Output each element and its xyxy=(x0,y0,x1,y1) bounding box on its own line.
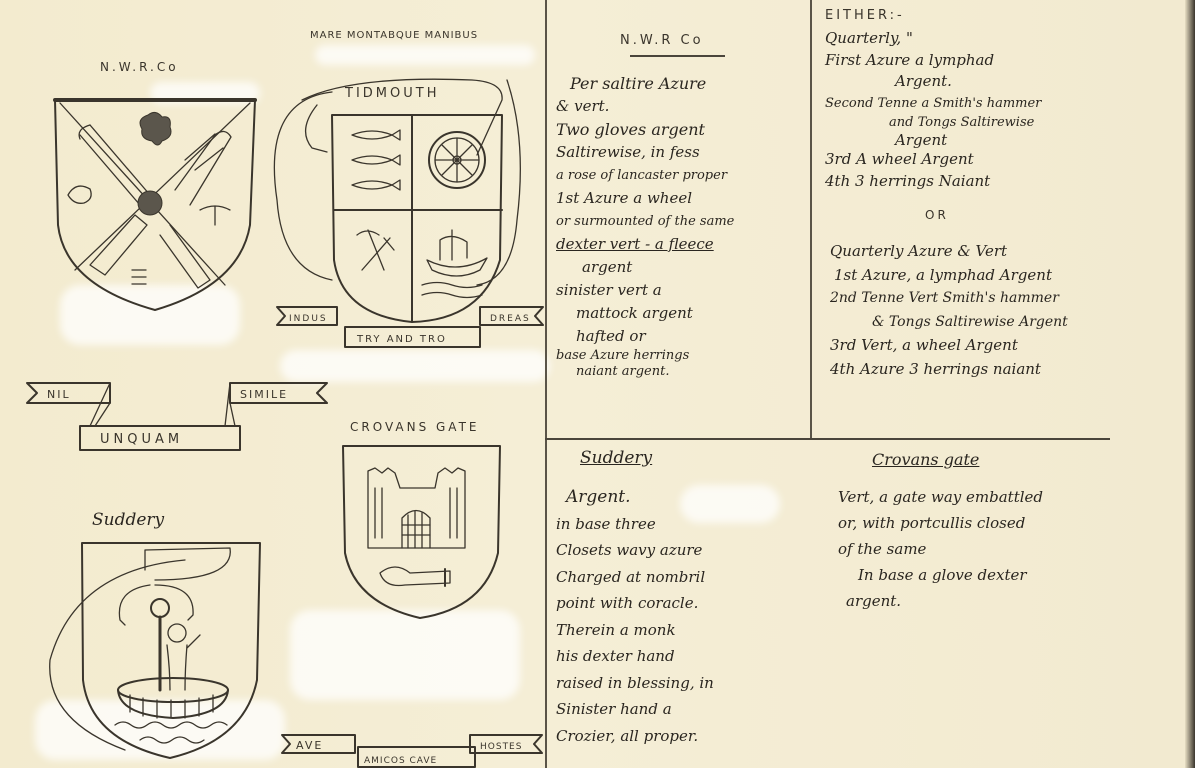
herring-icon xyxy=(352,180,400,190)
hammer-and-tongs-icon xyxy=(357,230,394,270)
column-divider-left xyxy=(545,0,547,768)
blazon-suddery-title: Suddery xyxy=(580,448,652,468)
crovans-gate-motto-scroll: AVE HOSTES AMICOS CAVE xyxy=(280,733,545,768)
tidmouth-caption: TIDMOUTH xyxy=(345,86,439,101)
blazon-either-text: Quarterly, " First Azure a lymphad Argen… xyxy=(825,28,1041,192)
motto-right: HOSTES xyxy=(480,742,522,752)
blazon-nwr-text: Per saltire Azure & vert. Two gloves arg… xyxy=(556,72,734,380)
tidmouth-motto-top: MARE MONTABQUE MANIBUS xyxy=(310,30,478,41)
rose-icon xyxy=(140,112,171,145)
motto-center: AMICOS CAVE xyxy=(364,756,437,766)
gateway-icon xyxy=(368,468,465,548)
blazon-either-separator: OR xyxy=(925,208,949,222)
nwr-sketch-caption: N.W.R.Co xyxy=(100,60,179,74)
knot-icon xyxy=(138,191,162,215)
nwr-shield-icon xyxy=(50,95,260,315)
blazon-or-text: Quarterly Azure & Vert 1st Azure, a lymp… xyxy=(830,240,1068,381)
blazon-either-title: EITHER:- xyxy=(825,8,905,23)
page-edge xyxy=(1185,0,1195,768)
motto-left: NIL xyxy=(47,388,71,401)
correction-mark xyxy=(290,610,520,700)
herring-icon xyxy=(352,155,400,165)
lymphad-ship-icon xyxy=(422,230,487,298)
motto-right: DREAS xyxy=(490,314,531,324)
row-divider xyxy=(545,438,1110,440)
crozier-icon xyxy=(151,599,169,690)
crovans-gate-shield-icon xyxy=(340,443,505,623)
motto-left: INDUS xyxy=(289,314,328,324)
glove-icon xyxy=(175,131,231,205)
suddery-sketch-caption: Suddery xyxy=(92,510,164,530)
nwr-motto-scroll: NIL SIMILE UNQUAM xyxy=(25,378,335,458)
blazon-crovans-gate-title: Crovans gate xyxy=(872,450,979,469)
crovans-gate-caption: CROVANS GATE xyxy=(350,420,480,434)
motto-center: UNQUAM xyxy=(100,432,183,447)
blazon-suddery-text: Argent. in base three Closets wavy azure… xyxy=(556,484,714,749)
blazon-nwr-title: N.W.R Co xyxy=(620,33,704,48)
title-underline xyxy=(630,55,725,57)
squirrel-icon xyxy=(68,186,91,203)
wheel-icon xyxy=(429,132,485,188)
pickaxe-icon xyxy=(200,206,230,225)
suddery-shield-icon xyxy=(45,540,270,760)
monk-icon xyxy=(167,624,200,690)
blazon-crovans-gate-text: Vert, a gate way embattled or, with port… xyxy=(838,484,1043,614)
herring-icon xyxy=(352,130,400,140)
tidmouth-motto-scroll: INDUS DREAS TRY AND TRO xyxy=(275,305,545,350)
coracle-icon xyxy=(118,678,228,718)
motto-right: SIMILE xyxy=(240,388,288,401)
motto-left: AVE xyxy=(296,739,323,752)
glove-icon xyxy=(79,125,150,205)
column-divider-middle xyxy=(810,0,812,440)
glove-icon xyxy=(380,567,450,586)
motto-center: TRY AND TRO xyxy=(356,334,447,345)
